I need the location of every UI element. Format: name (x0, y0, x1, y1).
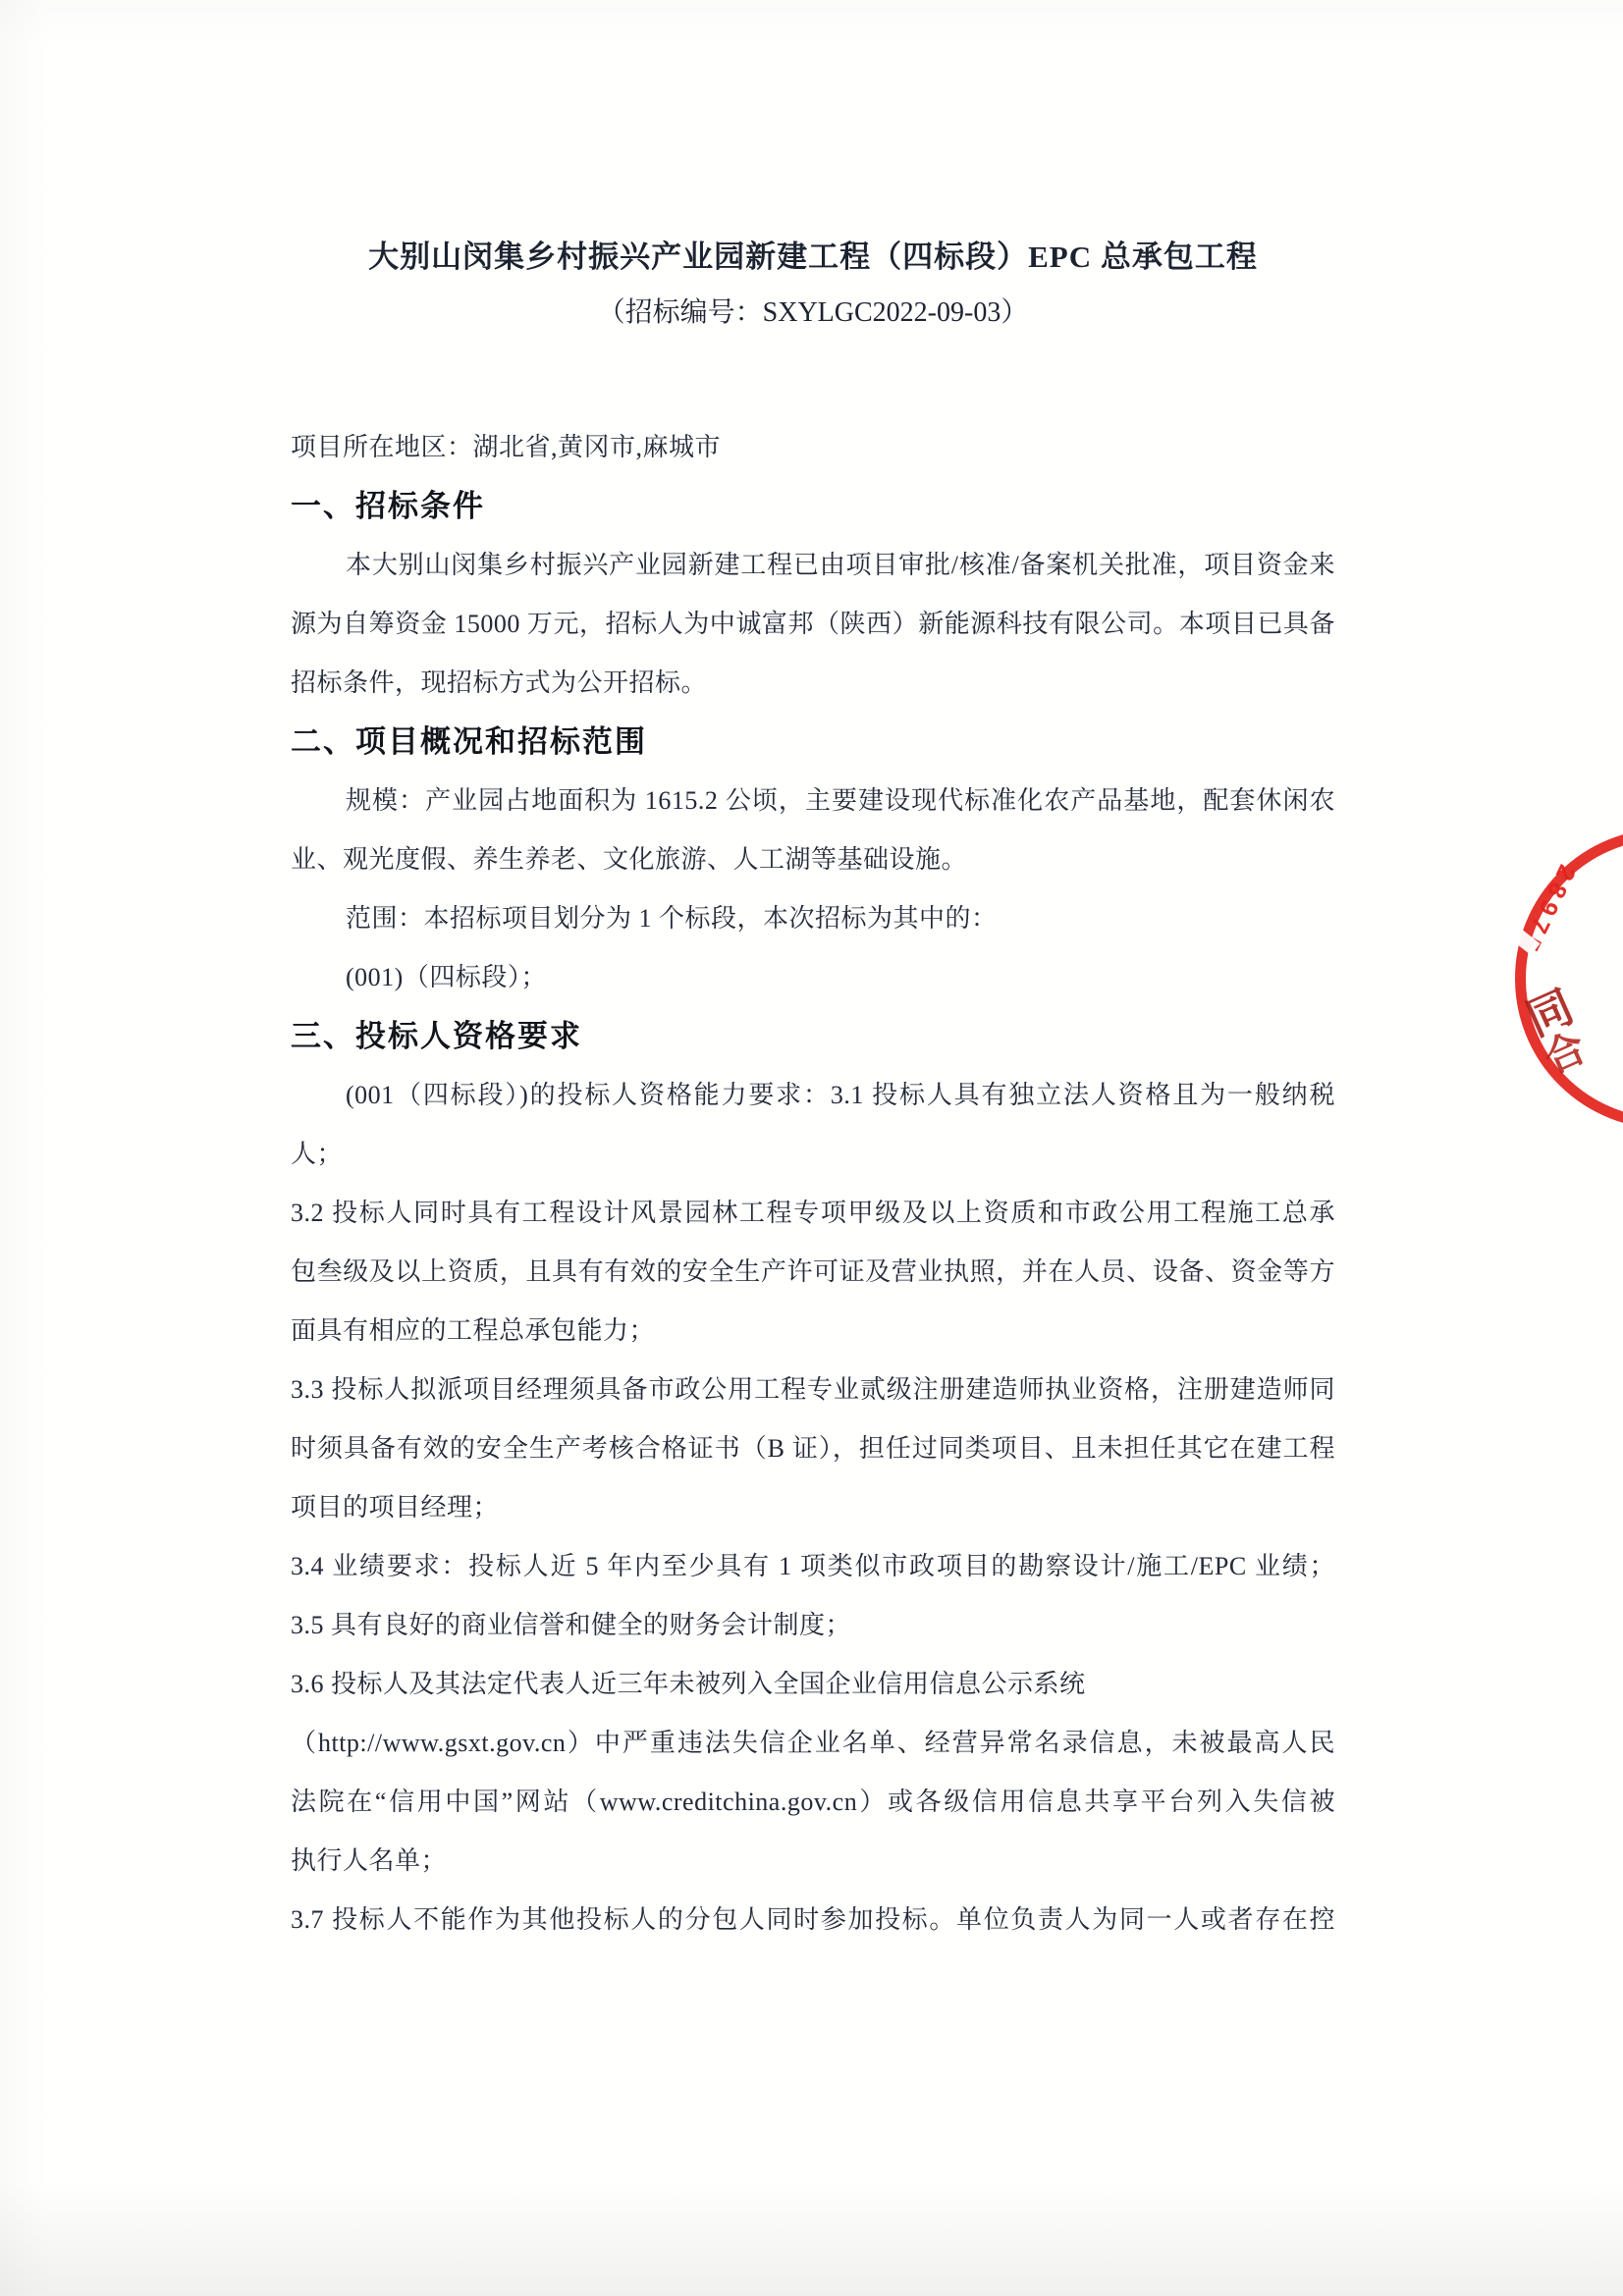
doc-line: 业、观光度假、养生养老、文化旅游、人工湖等基础设施。 (291, 830, 1335, 889)
doc-line: 3.7 投标人不能作为其他投标人的分包人同时参加投标。单位负责人为同一人或者存在… (291, 1891, 1335, 1949)
doc-line-project-location: 项目所在地区：湖北省,黄冈市,麻城市 (291, 418, 1335, 477)
doc-line: 3.6 投标人及其法定代表人近三年未被列入全国企业信用信息公示系统 (291, 1655, 1335, 1714)
doc-line: （http://www.gsxt.gov.cn）中严重违法失信企业名单、经营异常… (291, 1714, 1335, 1773)
doc-line: 范围：本招标项目划分为 1 个标段，本次招标为其中的： (291, 889, 1335, 948)
doc-body: 项目所在地区：湖北省,黄冈市,麻城市 一、招标条件 本大别山闵集乡村振兴产业园新… (291, 418, 1335, 1949)
doc-line: 3.4 业绩要求：投标人近 5 年内至少具有 1 项类似市政项目的勘察设计/施工… (291, 1537, 1335, 1596)
doc-line: 源为自筹资金 15000 万元，招标人为中诚富邦（陕西）新能源科技有限公司。本项… (291, 595, 1335, 654)
doc-line: 3.3 投标人拟派项目经理须具备市政公用工程专业贰级注册建造师执业资格，注册建造… (291, 1361, 1335, 1419)
section-heading-3: 三、投标人资格要求 (291, 1007, 1335, 1066)
doc-subtitle: （招标编号：SXYLGC2022-09-03） (291, 291, 1335, 330)
doc-line: 执行人名单； (291, 1832, 1335, 1891)
section-heading-2: 二、项目概况和招标范围 (291, 713, 1335, 772)
doc-line: 项目的项目经理； (291, 1478, 1335, 1537)
doc-line: 包叁级及以上资质，且具有有效的安全生产许可证及营业执照，并在人员、设备、资金等方 (291, 1243, 1335, 1302)
section-heading-1: 一、招标条件 (291, 477, 1335, 536)
doc-line: 3.5 具有良好的商业信誉和健全的财务会计制度； (291, 1596, 1335, 1655)
doc-title: 大别山闵集乡村振兴产业园新建工程（四标段）EPC 总承包工程 (291, 232, 1335, 276)
doc-line: 时须具备有效的安全生产考核合格证书（B 证），担任过同类项目、且未担任其它在建工… (291, 1419, 1335, 1478)
doc-line: (001（四标段）)的投标人资格能力要求：3.1 投标人具有独立法人资格且为一般… (291, 1066, 1335, 1125)
doc-line: 规模：产业园占地面积为 1615.2 公顷，主要建设现代标准化农产品基地，配套休… (291, 772, 1335, 830)
doc-line: 面具有相应的工程总承包能力； (291, 1302, 1335, 1361)
doc-line: 法院在“信用中国”网站（www.creditchina.gov.cn）或各级信用… (291, 1773, 1335, 1832)
doc-line: 本大别山闵集乡村振兴产业园新建工程已由项目审批/核准/备案机关批准，项目资金来 (291, 536, 1335, 595)
doc-line: 招标条件，现招标方式为公开招标。 (291, 654, 1335, 713)
doc-line: (001)（四标段）； (291, 948, 1335, 1007)
doc-line: 人； (291, 1125, 1335, 1184)
doc-line: 3.2 投标人同时具有工程设计风景园林工程专项甲级及以上资质和市政公用工程施工总… (291, 1184, 1335, 1243)
scanned-tender-document-page: 大别山闵集乡村振兴产业园新建工程（四标段）EPC 总承包工程 （招标编号：SXY… (0, 0, 1623, 2296)
